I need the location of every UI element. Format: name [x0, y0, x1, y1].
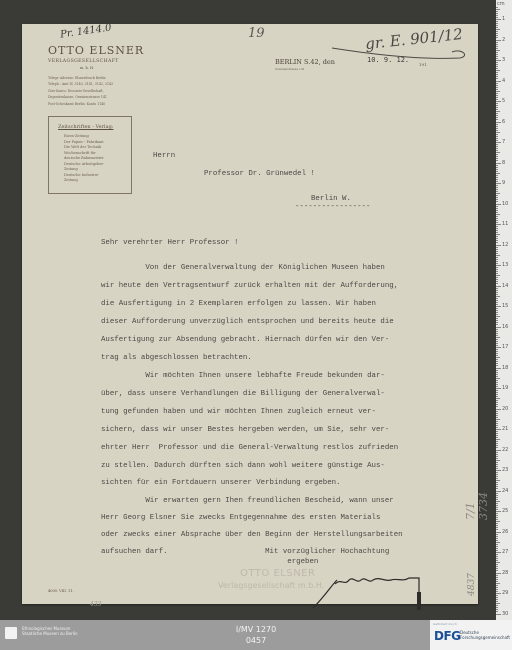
ruler-label: 26	[502, 529, 508, 535]
ruler-tick	[496, 560, 498, 561]
ruler-tick	[496, 85, 498, 86]
ruler-tick	[496, 259, 498, 260]
ruler-tick	[496, 527, 498, 528]
ruler-tick	[496, 126, 498, 127]
body-line: aufsuchen darf. Mit vorzüglicher Hochach…	[101, 548, 389, 556]
ruler-tick	[496, 113, 498, 114]
ruler-tick	[496, 347, 501, 348]
body-line: ehrter Herr Professor und die General-Ve…	[101, 444, 398, 452]
ruler-tick	[496, 197, 498, 198]
ruler-tick	[496, 456, 498, 457]
ruler-tick	[496, 234, 500, 235]
ruler-tick	[496, 509, 498, 510]
ruler-tick	[496, 40, 501, 41]
ruler-tick	[496, 314, 498, 315]
ruler-tick	[496, 320, 498, 321]
ruler-tick	[496, 13, 498, 14]
ruler-tick	[496, 454, 498, 455]
ruler-tick	[496, 464, 498, 465]
ruler-tick	[496, 568, 498, 569]
ruler-tick	[496, 72, 498, 73]
ruler-tick	[496, 261, 498, 262]
ruler-tick	[496, 60, 501, 61]
greeting: Sehr verehrter Herr Professor !	[101, 239, 239, 247]
body-line: Wir möchten Ihnen unsere lebhafte Freude…	[101, 372, 385, 380]
ruler-label: 27	[502, 549, 508, 555]
body-line: sichten für ein Fortdauern unserer Verbi…	[101, 479, 341, 487]
ruler-tick	[496, 31, 498, 32]
ruler-tick	[496, 445, 498, 446]
ruler-tick	[496, 318, 498, 319]
ruler-tick	[496, 21, 498, 22]
ruler-tick	[496, 175, 498, 176]
body-line: Ausfertigung zur Absendung gebracht. Hie…	[101, 336, 389, 344]
ruler-tick	[496, 431, 498, 432]
funder-caption: Gefördert durch	[433, 622, 457, 626]
ruler-tick	[496, 185, 498, 186]
handwritten-bottom-number: 433	[90, 601, 101, 608]
ruler-tick	[496, 411, 498, 412]
ruler-tick	[496, 396, 498, 397]
city-line: BERLIN S.42, den	[275, 58, 335, 66]
ruler-tick	[496, 466, 498, 467]
ruler-tick	[496, 154, 498, 155]
ruler-tick	[496, 15, 498, 16]
ruler-tick	[496, 388, 501, 389]
ruler-tick	[496, 308, 498, 309]
ruler-tick	[496, 419, 500, 420]
ruler-tick	[496, 187, 498, 188]
address-salutation: Herrn	[153, 152, 175, 160]
ruler-tick	[496, 206, 498, 207]
ruler-label: 9	[502, 180, 505, 186]
ruler-tick	[496, 378, 500, 379]
ruler-tick	[496, 499, 498, 500]
ruler-tick	[496, 288, 498, 289]
ruler-tick	[496, 267, 498, 268]
ruler-tick	[496, 269, 498, 270]
ruler-tick	[496, 538, 498, 539]
ruler-tick	[496, 363, 498, 364]
ruler-label: 17	[502, 344, 508, 350]
ruler-tick	[496, 484, 498, 485]
ruler-tick	[496, 76, 498, 77]
ruler-tick	[496, 29, 500, 30]
ruler-tick	[496, 605, 498, 606]
ruler-tick	[496, 251, 498, 252]
ruler-tick	[496, 165, 498, 166]
ruler-tick	[496, 447, 498, 448]
ruler-tick	[496, 167, 498, 168]
ruler-tick	[496, 417, 498, 418]
ruler-tick	[496, 87, 498, 88]
ruler-tick	[496, 148, 498, 149]
ruler-label: 16	[502, 324, 508, 330]
body-line: oder zwecks einer Absprache über den Beg…	[101, 531, 403, 539]
ruler-tick	[496, 540, 498, 541]
ruler-tick	[496, 189, 498, 190]
ruler-tick	[496, 42, 498, 43]
ruler-tick	[496, 384, 498, 385]
ruler-tick	[496, 62, 498, 63]
ruler-tick	[496, 298, 498, 299]
ruler-tick	[496, 144, 498, 145]
ruler-tick	[496, 327, 501, 328]
body-line: die Ausfertigung in 2 Exemplaren erfolge…	[101, 300, 376, 308]
ruler-tick	[496, 372, 498, 373]
ruler-tick	[496, 556, 498, 557]
ruler-tick	[496, 400, 498, 401]
printed-year: 191	[419, 62, 427, 67]
ruler-tick	[496, 425, 498, 426]
ruler-tick	[496, 150, 498, 151]
print-code: 4000. VIII. 11.	[48, 589, 74, 593]
ruler-tick	[496, 599, 498, 600]
ruler-tick	[496, 275, 500, 276]
ruler-tick	[496, 163, 501, 164]
ruler-tick	[496, 93, 498, 94]
ruler-tick	[496, 577, 498, 578]
ruler-label: 25	[502, 508, 508, 514]
ruler-tick	[496, 46, 498, 47]
ruler-tick	[496, 376, 498, 377]
ruler-tick	[496, 179, 498, 180]
ruler-tick	[496, 183, 501, 184]
ruler-tick	[496, 240, 498, 241]
ruler-tick	[496, 525, 498, 526]
archive-footer: Ethnologisches Museum Staatliche Museen …	[0, 620, 512, 650]
ruler-tick	[496, 91, 500, 92]
ruler-tick	[496, 201, 498, 202]
ruler-tick	[496, 355, 498, 356]
ruler-tick	[496, 232, 498, 233]
ruler-tick	[496, 562, 500, 563]
ruler-tick	[496, 177, 498, 178]
ruler-tick	[496, 542, 500, 543]
ruler-tick	[496, 171, 498, 172]
ruler-label: 22	[502, 447, 508, 453]
ruler-tick	[496, 109, 498, 110]
ruler-tick	[496, 277, 498, 278]
ruler-label: 10	[502, 201, 508, 207]
ruler-tick	[496, 517, 498, 518]
ruler-tick	[496, 470, 501, 471]
signature	[305, 572, 425, 612]
ruler-label: 23	[502, 467, 508, 473]
ruler-tick	[496, 486, 498, 487]
ruler-tick	[496, 230, 498, 231]
ruler-tick	[496, 128, 498, 129]
ruler-tick	[496, 81, 501, 82]
ruler-tick	[496, 359, 498, 360]
ruler-tick	[496, 370, 498, 371]
ruler-tick	[496, 19, 501, 20]
ruler-tick	[496, 458, 498, 459]
ruler-tick	[496, 450, 501, 451]
ruler-tick	[496, 33, 498, 34]
ruler-tick	[496, 78, 498, 79]
ruler-tick	[496, 283, 498, 284]
ruler-tick	[496, 589, 498, 590]
ruler-tick	[496, 44, 498, 45]
ruler-tick	[496, 138, 498, 139]
ruler-tick	[496, 11, 498, 12]
ruler-tick	[496, 35, 498, 36]
ruler-tick	[496, 134, 498, 135]
ruler-tick	[496, 286, 501, 287]
ruler-tick	[496, 591, 498, 592]
ruler-tick	[496, 550, 498, 551]
ruler-tick	[496, 429, 501, 430]
ruler-tick	[496, 374, 498, 375]
ruler-tick	[496, 107, 498, 108]
ruler-tick	[496, 402, 498, 403]
ruler-tick	[496, 17, 498, 18]
ruler-tick	[496, 56, 498, 57]
body-line: wir heute den Vertragsentwurf zurück erh…	[101, 282, 398, 290]
ruler-tick	[496, 52, 498, 53]
ruler-tick	[496, 493, 498, 494]
ruler-label: 11	[502, 221, 508, 227]
ruler-tick	[496, 249, 498, 250]
ruler-tick	[496, 341, 498, 342]
address-recipient: Professor Dr. Grünwedel !	[204, 170, 315, 178]
ruler-tick	[496, 58, 498, 59]
ruler-tick	[496, 554, 498, 555]
ruler-tick	[496, 181, 498, 182]
ruler-label: 2	[502, 37, 505, 43]
body-line: dieser Aufforderung unverzüglich entspro…	[101, 318, 394, 326]
ruler-tick	[496, 64, 498, 65]
ruler-tick	[496, 495, 498, 496]
ruler-tick	[496, 146, 498, 147]
ruler-tick	[496, 329, 498, 330]
ruler-tick	[496, 105, 498, 106]
ruler-tick	[496, 152, 500, 153]
ruler-tick	[496, 195, 498, 196]
ruler-tick	[496, 156, 498, 157]
ruler-label: 18	[502, 365, 508, 371]
ruler-tick	[496, 68, 498, 69]
ruler-unit: cm	[497, 1, 505, 7]
ruler-tick	[496, 368, 501, 369]
ruler-tick	[496, 302, 498, 303]
publisher-item: Die Welt der Technik	[64, 145, 104, 151]
ruler-tick	[496, 597, 498, 598]
ruler-tick	[496, 583, 500, 584]
margin-note-number: 4837	[467, 573, 477, 596]
ruler-tick	[496, 99, 498, 100]
ruler-tick	[496, 472, 498, 473]
ruler-tick	[496, 534, 498, 535]
ruler-tick	[496, 552, 501, 553]
ruler-tick	[496, 124, 498, 125]
dfg-logo-icon: DFG	[434, 629, 461, 643]
ruler-tick	[496, 353, 498, 354]
ruler-tick	[496, 97, 498, 98]
ruler-tick	[496, 242, 498, 243]
ruler-tick	[496, 488, 498, 489]
ruler-tick	[496, 310, 498, 311]
publisher-item: Zeitung	[64, 178, 104, 184]
typed-date: 10. 9. 12.	[367, 56, 409, 64]
ruler-label: 24	[502, 488, 508, 494]
ruler-tick	[496, 306, 501, 307]
ruler-tick	[496, 304, 498, 305]
ruler-tick	[496, 497, 498, 498]
ruler-tick	[496, 575, 498, 576]
ruler-tick	[496, 394, 498, 395]
ruler-tick	[496, 427, 498, 428]
ruler-tick	[496, 279, 498, 280]
publisher-box-title: Zeitschriften - Verlag:	[58, 124, 114, 130]
ruler-tick	[496, 460, 500, 461]
ruler-tick	[496, 529, 498, 530]
ruler-tick	[496, 573, 501, 574]
funder-name: Deutsche Forschungsgemeinschaft	[460, 630, 510, 640]
ruler-tick	[496, 216, 498, 217]
ruler-tick	[496, 212, 498, 213]
ruler-tick	[496, 433, 498, 434]
ruler-tick	[496, 273, 498, 274]
ruler-label: 1	[502, 16, 505, 22]
firm-name: OTTO ELSNER	[48, 44, 144, 57]
ruler-tick	[496, 54, 498, 55]
ruler-tick	[496, 236, 498, 237]
ruler-tick	[496, 611, 498, 612]
ruler-label: 6	[502, 119, 505, 125]
ruler-tick	[496, 570, 498, 571]
ruler-tick	[496, 601, 498, 602]
ruler-tick	[496, 603, 500, 604]
body-line: Von der Generalverwaltung der Königliche…	[101, 264, 385, 272]
body-line: zu stellen. Dadurch dürften sich dann wo…	[101, 462, 385, 470]
ruler-tick	[496, 292, 498, 293]
ruler-tick	[496, 507, 498, 508]
ruler-tick	[496, 324, 498, 325]
ruler-label: 19	[502, 385, 508, 391]
ruler-tick	[496, 142, 501, 143]
ruler-tick	[496, 95, 498, 96]
ruler-tick	[496, 130, 498, 131]
body-line: tung gefunden haben und wir möchten Ihne…	[101, 408, 376, 416]
ruler-tick	[496, 253, 498, 254]
ruler-tick	[496, 220, 498, 221]
ruler-tick	[496, 23, 498, 24]
ruler-tick	[496, 245, 501, 246]
ruler-label: 14	[502, 283, 508, 289]
ruler-tick	[496, 226, 498, 227]
ruler-tick	[496, 208, 498, 209]
ruler-tick	[496, 349, 498, 350]
ruler-tick	[496, 70, 500, 71]
ruler-tick	[496, 392, 498, 393]
address-underline: -----------------	[295, 203, 370, 211]
ruler-tick	[496, 511, 501, 512]
ruler-tick	[496, 421, 498, 422]
ruler-tick	[496, 503, 498, 504]
ruler-tick	[496, 513, 498, 514]
ruler-tick	[496, 222, 498, 223]
ruler-label: 4	[502, 78, 505, 84]
body-line: sichern, dass wir unser Bestes hergeben …	[101, 426, 389, 434]
ruler-tick	[496, 482, 498, 483]
ruler-tick	[496, 48, 498, 49]
ruler-tick	[496, 204, 501, 205]
ruler-tick	[496, 9, 500, 10]
ruler-tick	[496, 132, 500, 133]
ruler-tick	[496, 210, 498, 211]
ruler-tick	[496, 66, 498, 67]
ruler-tick	[496, 255, 500, 256]
ruler-tick	[496, 386, 498, 387]
ruler-tick	[496, 50, 500, 51]
ruler-tick	[496, 169, 498, 170]
ruler-tick	[496, 382, 498, 383]
ruler-tick	[496, 89, 498, 90]
ruler-label: 7	[502, 139, 505, 145]
ruler-tick	[496, 491, 501, 492]
ruler-tick	[496, 480, 500, 481]
ruler-tick	[496, 238, 498, 239]
contact-line: Post-Scheckamt Berlin: Konto 1140	[48, 101, 132, 107]
ruler-label: 13	[502, 262, 508, 268]
ruler-tick	[496, 587, 498, 588]
ruler-tick	[496, 74, 498, 75]
ruler-tick	[496, 160, 498, 161]
body-line: über, dass unsere Verhandlungen die Bill…	[101, 390, 385, 398]
firm-subtitle: VERLAGSGESELLSCHAFT	[48, 59, 119, 64]
ruler-tick	[496, 199, 498, 200]
dfg-credit: Gefördert durch DFG Deutsche Forschungsg…	[430, 620, 512, 650]
firm-legal-form: m. b. H.	[80, 66, 94, 70]
publisher-list: Eisen-Zeitung Der Papier - Fabrikant Die…	[64, 134, 104, 184]
ruler-tick	[496, 361, 498, 362]
ruler-tick	[496, 415, 498, 416]
ruler-tick	[496, 595, 498, 596]
ruler-tick	[496, 25, 498, 26]
ruler-tick	[496, 271, 498, 272]
ruler-tick	[496, 218, 498, 219]
ruler-tick	[496, 478, 498, 479]
street-address: Oranienstrasse 141	[275, 67, 305, 71]
ruler-tick	[496, 224, 501, 225]
ruler-tick	[496, 345, 498, 346]
ruler-tick	[496, 452, 498, 453]
ruler-tick	[496, 263, 498, 264]
ruler-tick	[496, 501, 500, 502]
body-line: Wir erwarten gern Ihen freundlichen Besc…	[101, 497, 394, 505]
ruler-label: 30	[502, 611, 508, 617]
ruler-tick	[496, 117, 498, 118]
ruler-tick	[496, 441, 498, 442]
ruler-tick	[496, 585, 498, 586]
ruler-tick	[496, 281, 498, 282]
ruler-tick	[496, 365, 498, 366]
ruler-tick	[496, 339, 498, 340]
ruler-tick	[496, 409, 501, 410]
address-city: Berlin W.	[311, 195, 351, 203]
ruler-tick	[496, 439, 500, 440]
ruler-tick	[496, 536, 498, 537]
measurement-ruler: cm 1234567891011121314151617181920212223…	[496, 0, 512, 620]
ruler-tick	[496, 335, 498, 336]
ruler-tick	[496, 83, 498, 84]
ruler-label: 15	[502, 303, 508, 309]
ruler-tick	[496, 607, 498, 608]
ruler-tick	[496, 316, 500, 317]
body-line: ergeben	[101, 558, 318, 566]
